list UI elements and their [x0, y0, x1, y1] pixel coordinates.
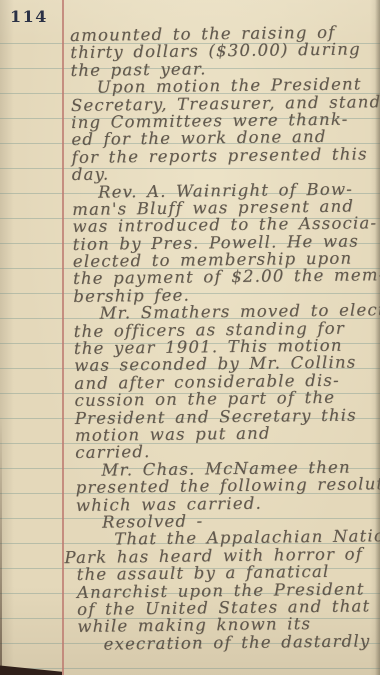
handwritten-line: the payment of $2.00 the mem-	[73, 267, 379, 288]
page-number: 114	[10, 7, 48, 26]
left-edge-shadow	[0, 415, 2, 675]
handwritten-line: for the reports presented this	[71, 145, 377, 166]
right-edge-shadow	[375, 0, 380, 675]
handwritten-line: execration of the dastardly	[103, 632, 380, 653]
scanned-ledger-page: 114 amounted to the raising ofthirty dol…	[0, 0, 380, 675]
handwritten-text: amounted to the raising ofthirty dollars…	[70, 23, 380, 653]
red-margin-line	[62, 0, 64, 675]
handwritten-line: thirty dollars ($30.00) during	[70, 41, 376, 62]
